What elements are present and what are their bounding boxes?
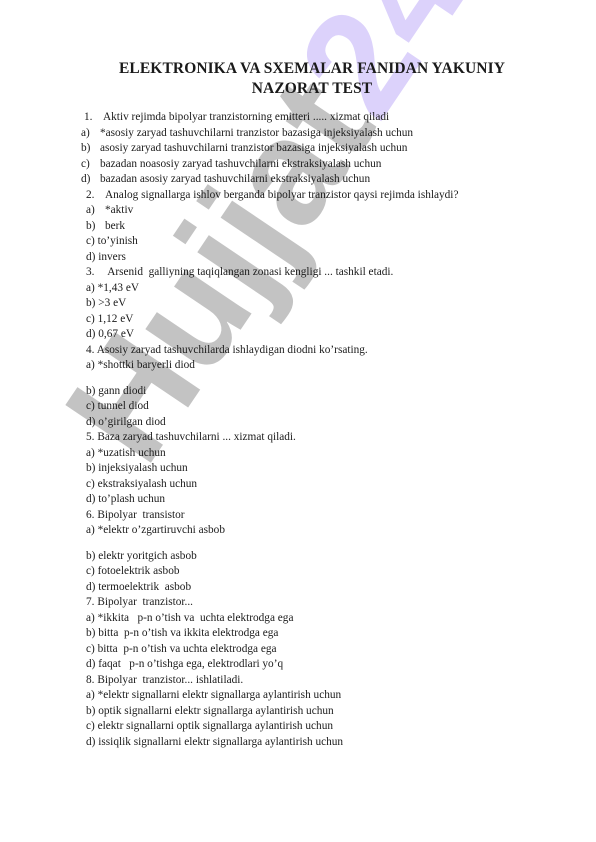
title-line-1: ELEKTRONIKA VA SXEMALAR FANIDAN YAKUNIY [28,59,596,79]
question-text: Aktiv rejimda bipolyar tranzistorning em… [103,111,389,123]
answer-option: a) *1,43 eV [81,281,521,297]
question-number: 1. [84,110,103,126]
question-number: 4. [86,343,94,359]
option-label: a) [86,688,95,704]
answer-option: a)*asosiy zaryad tashuvchilarni tranzist… [81,126,521,142]
answer-option: a) *elektr signallarni elektr signallarg… [81,688,521,704]
question-2: 2.Analog signallarga ishlov berganda bip… [81,188,521,204]
answer-option: b) gann diodi [81,384,521,400]
question-text: Bipolyar tranzistor... ishlatiladi. [97,674,243,686]
option-label: a) [86,281,95,297]
option-label: c) [86,719,95,735]
answer-option: a) *elektr o’zgartiruvchi asbob [81,523,521,539]
option-label: c) [86,564,95,580]
option-text: *elektr o’zgartiruvchi asbob [98,524,225,536]
question-text: Bipolyar tranzistor... [97,596,193,608]
option-text: *1,43 eV [98,282,139,294]
answer-option: c) tunnel diod [81,399,521,415]
question-number: 2. [86,188,105,204]
answer-option: d) to’plash uchun [81,492,521,508]
question-number: 5. [86,430,94,446]
answer-option: c) bitta p-n o’tish va uchta elektrodga … [81,642,521,658]
option-label: a) [81,126,100,142]
option-label: c) [86,477,95,493]
answer-option: b) injeksiyalash uchun [81,461,521,477]
option-text: >3 eV [98,297,126,309]
question-5: 5. Baza zaryad tashuvchilarni ... xizmat… [81,430,521,446]
option-text: *uzatish uchun [98,447,166,459]
document-page: Hujjat24 ELEKTRONIKA VA SXEMALAR FANIDAN… [0,0,596,842]
option-label: b) [86,704,95,720]
question-text: Bipolyar transistor [97,509,184,521]
option-label: c) [86,234,95,250]
option-text: ekstraksiyalash uchun [98,478,197,490]
question-text: Asosiy zaryad tashuvchilarda ishlaydigan… [97,344,368,356]
question-text: Analog signallarga ishlov berganda bipol… [105,189,458,201]
option-label: d) [86,735,95,751]
question-number: 7. [86,595,94,611]
option-text: elektr yoritgich asbob [98,550,197,562]
question-number: 3. [86,265,105,281]
option-text: gann diodi [98,385,146,397]
option-label: b) [86,626,95,642]
option-text: to’plash uchun [98,493,165,505]
title-line-2: NAZORAT TEST [28,79,596,99]
option-label: a) [86,611,95,627]
answer-option: a) *uzatish uchun [81,446,521,462]
question-text: Baza zaryad tashuvchilarni ... xizmat qi… [97,431,296,443]
answer-option: d) termoelektrik asbob [81,580,521,596]
option-label: a) [86,358,95,374]
answer-option: d)bazadan asosiy zaryad tashuvchilarni e… [81,172,521,188]
option-text: injeksiyalash uchun [98,462,187,474]
option-text: *aktiv [105,204,133,216]
option-label: b) [86,219,105,235]
option-label: b) [86,296,95,312]
answer-option: c) ekstraksiyalash uchun [81,477,521,493]
option-text: o’girilgan diod [98,416,165,428]
option-text: 1,12 eV [98,313,134,325]
question-text: Arsenid galliyning taqiqlangan zonasi ke… [107,266,393,278]
option-text: termoelektrik asbob [98,581,191,593]
option-label: d) [81,172,100,188]
question-4: 4. Asosiy zaryad tashuvchilarda ishlaydi… [81,343,521,359]
option-text: 0,67 eV [98,328,134,340]
option-label: b) [81,141,100,157]
option-text: berk [105,220,125,232]
option-label: d) [86,492,95,508]
option-label: d) [86,250,95,266]
answer-option: d) o’girilgan diod [81,415,521,431]
question-7: 7. Bipolyar tranzistor... [81,595,521,611]
option-text: tunnel diod [98,400,149,412]
option-text: bitta p-n o’tish va ikkita elektrodga eg… [98,627,278,639]
question-number: 6. [86,508,94,524]
answer-option: b) >3 eV [81,296,521,312]
answer-option: b)asosiy zaryad tashuvchilarni tranzisto… [81,141,521,157]
answer-option: b) elektr yoritgich asbob [81,549,521,565]
option-text: elektr signallarni optik signallarga ayl… [98,720,333,732]
option-label: c) [86,312,95,328]
option-label: d) [86,327,95,343]
answer-option: a)*aktiv [81,203,521,219]
option-label: c) [86,642,95,658]
answer-option: c) to’yinish [81,234,521,250]
option-label: d) [86,415,95,431]
question-list: 1.Aktiv rejimda bipolyar tranzistorning … [81,110,521,750]
answer-option: c) fotoelektrik asbob [81,564,521,580]
option-text: *elektr signallarni elektr signallarga a… [98,689,342,701]
question-8: 8. Bipolyar tranzistor... ishlatiladi. [81,673,521,689]
answer-option: d) 0,67 eV [81,327,521,343]
option-label: a) [86,203,105,219]
answer-option: b) optik signallarni elektr signallarga … [81,704,521,720]
question-number: 8. [86,673,94,689]
option-text: *shottki baryerli diod [98,359,195,371]
option-label: c) [81,157,100,173]
option-text: bitta p-n o’tish va uchta elektrodga ega [98,643,277,655]
option-label: b) [86,461,95,477]
question-6: 6. Bipolyar transistor [81,508,521,524]
answer-option: c) elektr signallarni optik signallarga … [81,719,521,735]
option-label: b) [86,549,95,565]
option-text: bazadan asosiy zaryad tashuvchilarni eks… [100,173,370,185]
answer-option: d) faqat p-n o’tishga ega, elektrodlari … [81,657,521,673]
answer-option: d) invers [81,250,521,266]
answer-option: a) *shottki baryerli diod [81,358,521,374]
option-label: a) [86,446,95,462]
option-label: d) [86,657,95,673]
option-text: fotoelektrik asbob [98,565,180,577]
question-1: 1.Aktiv rejimda bipolyar tranzistorning … [81,110,521,126]
option-text: faqat p-n o’tishga ega, elektrodlari yo’… [98,658,283,670]
option-label: a) [86,523,95,539]
option-text: issiqlik signallarni elektr signallarga … [98,736,343,748]
option-text: *ikkita p-n o’tish va uchta elektrodga e… [98,612,294,624]
answer-option: d) issiqlik signallarni elektr signallar… [81,735,521,751]
option-text: optik signallarni elektr signallarga ayl… [98,705,333,717]
answer-option: a) *ikkita p-n o’tish va uchta elektrodg… [81,611,521,627]
answer-option: c) 1,12 eV [81,312,521,328]
answer-option: b)berk [81,219,521,235]
option-text: to’yinish [98,235,138,247]
option-text: *asosiy zaryad tashuvchilarni tranzistor… [100,127,413,139]
option-text: invers [98,251,126,263]
answer-option: c)bazadan noasosiy zaryad tashuvchilarni… [81,157,521,173]
option-label: c) [86,399,95,415]
option-label: d) [86,580,95,596]
option-text: asosiy zaryad tashuvchilarni tranzistor … [100,142,407,154]
page-title: ELEKTRONIKA VA SXEMALAR FANIDAN YAKUNIY … [28,59,596,99]
question-3: 3. Arsenid galliyning taqiqlangan zonasi… [81,265,521,281]
option-text: bazadan noasosiy zaryad tashuvchilarni e… [100,158,381,170]
answer-option: b) bitta p-n o’tish va ikkita elektrodga… [81,626,521,642]
option-label: b) [86,384,95,400]
